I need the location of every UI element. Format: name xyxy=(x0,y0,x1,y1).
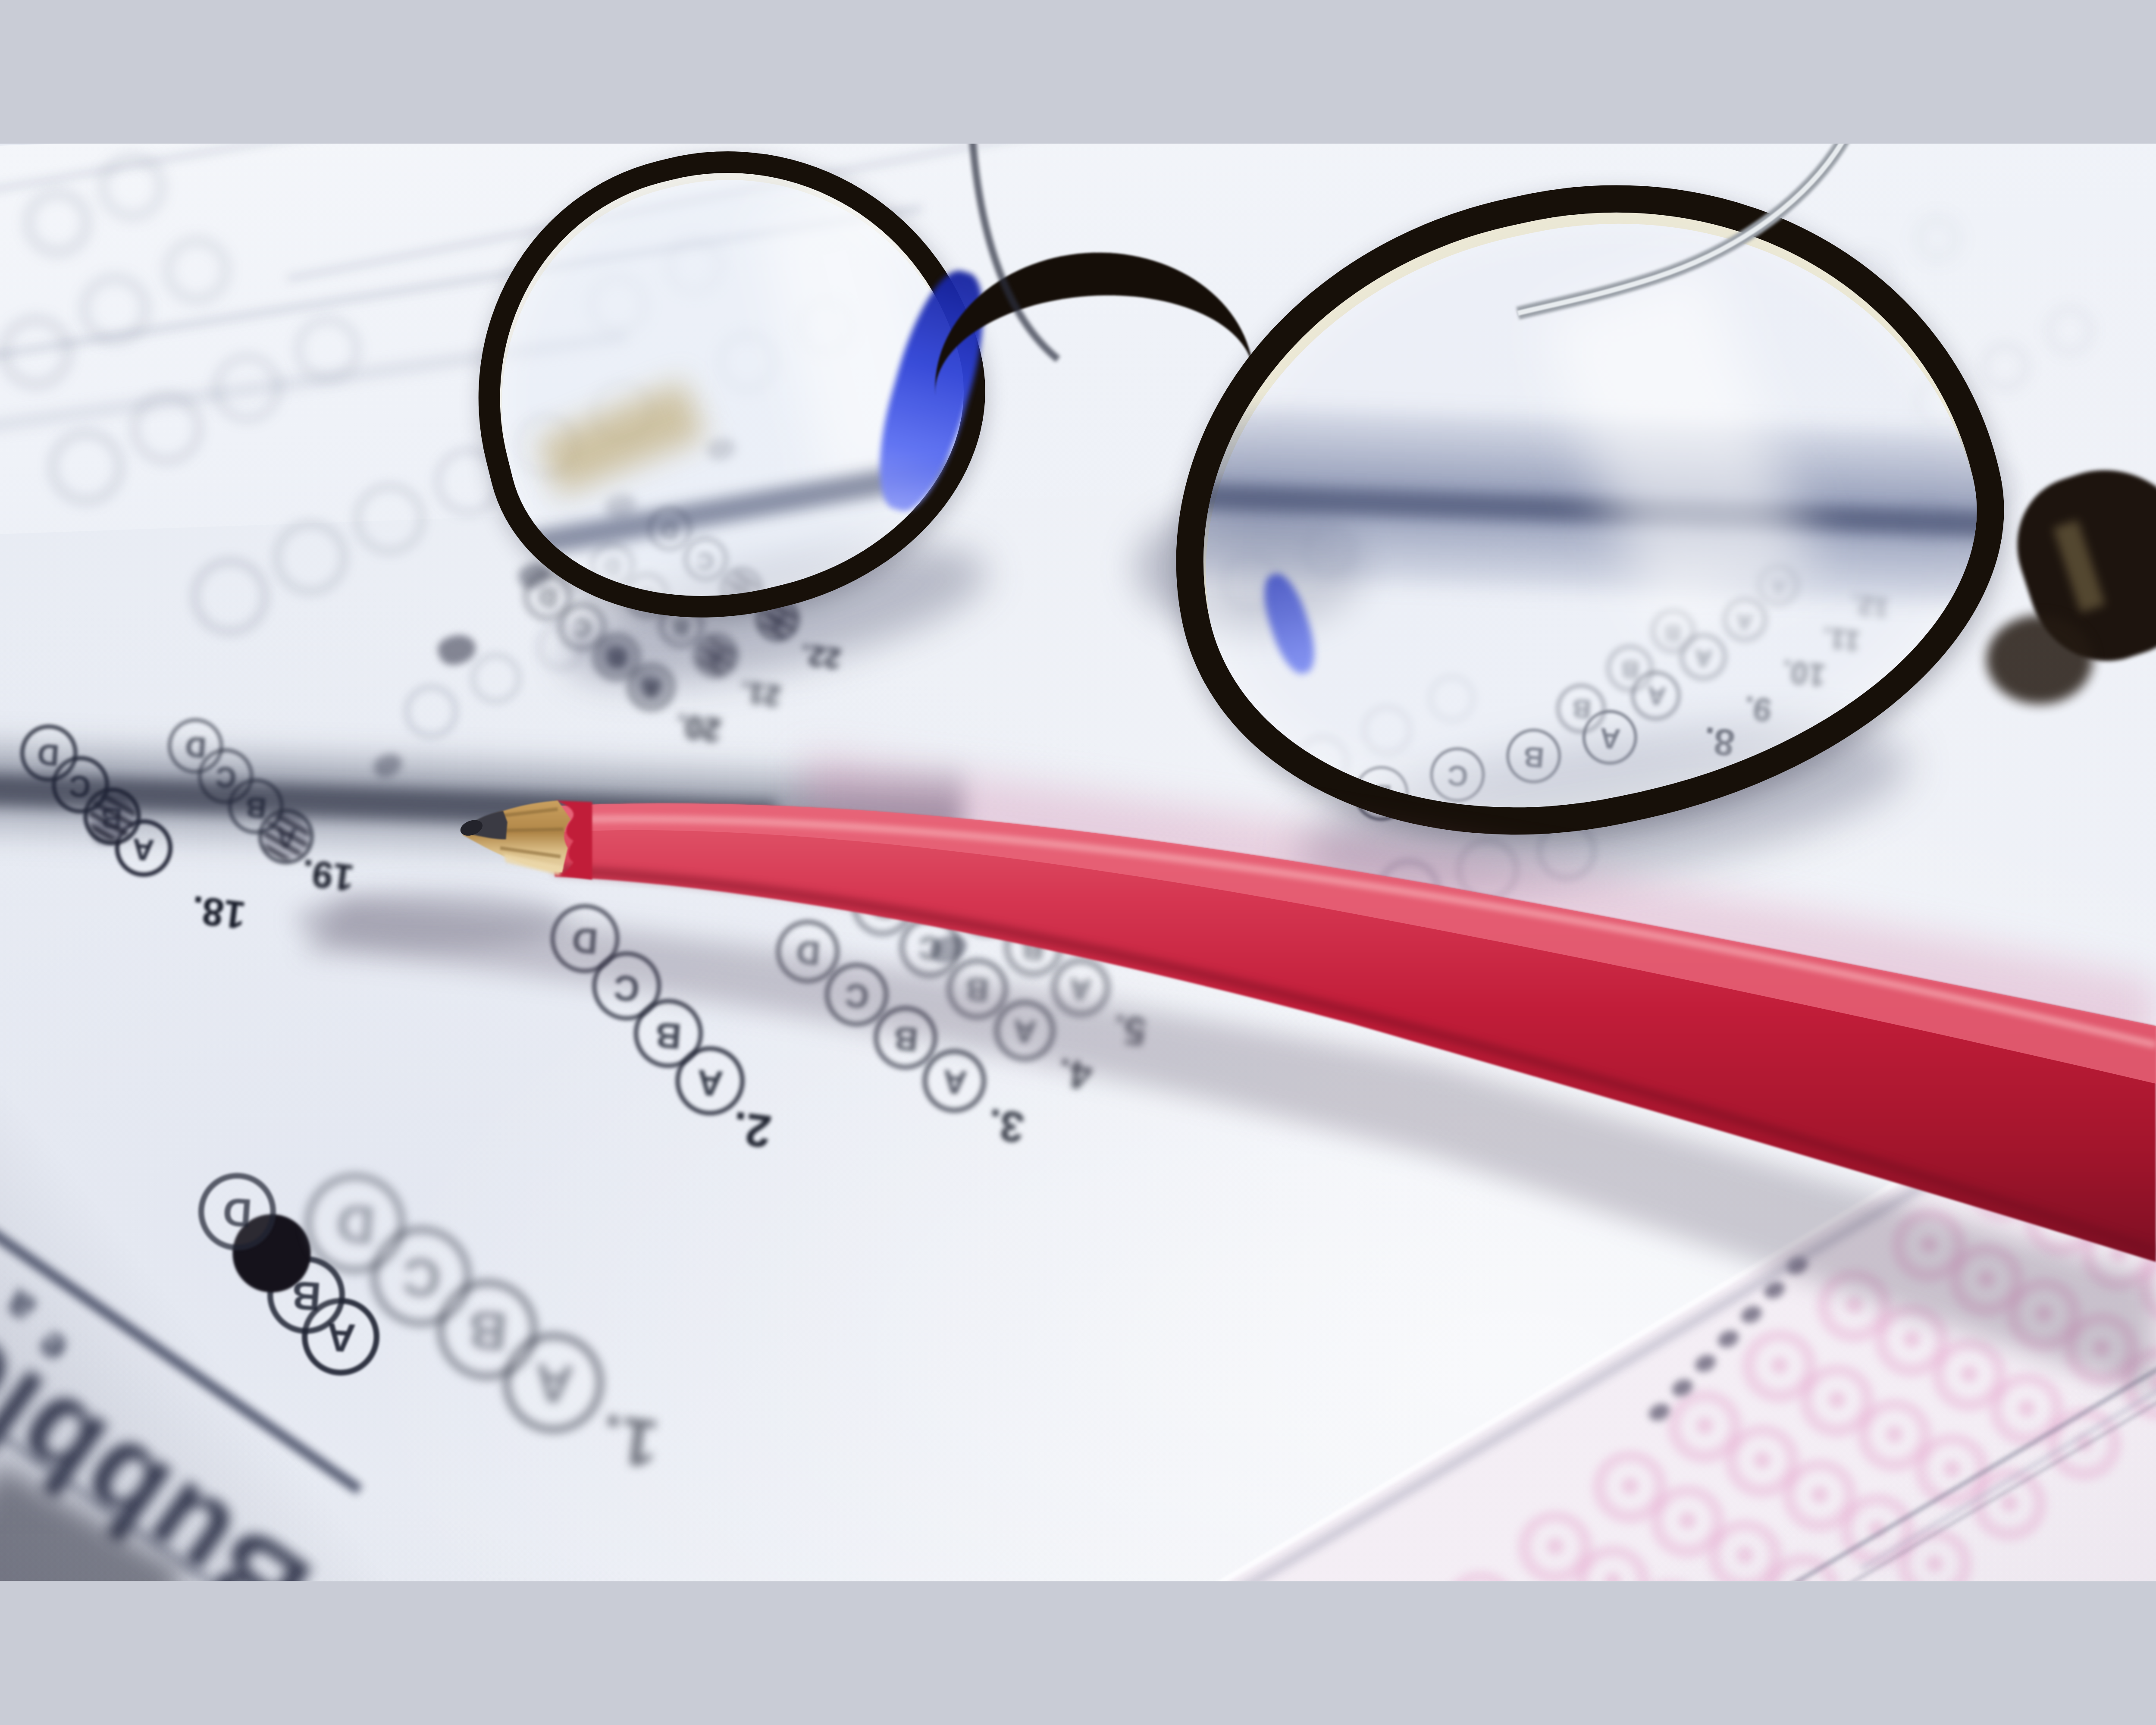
photo-stage: ABCD18.ABCD19.ABCD20.ABCD21.ABCD22.ABCD1… xyxy=(0,144,2156,1581)
pencil-tip-shadow xyxy=(295,891,567,949)
pencil-layer xyxy=(0,144,2156,1581)
